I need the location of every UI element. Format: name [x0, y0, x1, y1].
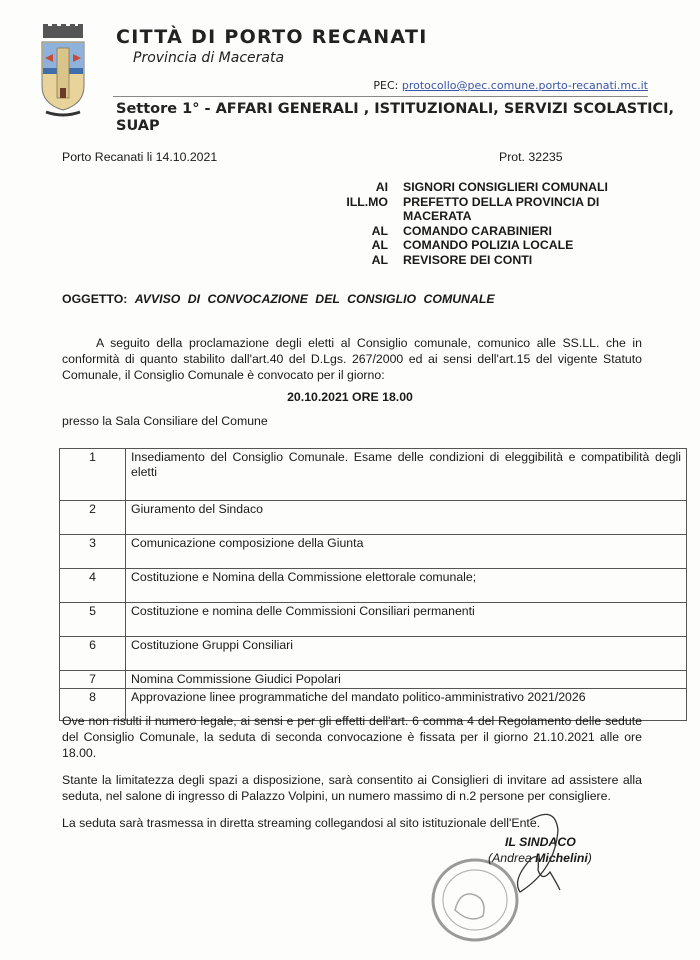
subject-text: AVVISO DI CONVOCAZIONE DEL CONSIGLIO COM…: [135, 292, 495, 306]
agenda-table: 1Insediamento del Consiglio Comunale. Es…: [59, 448, 687, 721]
agenda-row: 1Insediamento del Consiglio Comunale. Es…: [60, 449, 687, 501]
recipient-row: ALCOMANDO CARABINIERI: [330, 224, 623, 239]
recipient-row: ILL.MOPREFETTO DELLA PROVINCIA DI MACERA…: [330, 195, 623, 224]
recipient-prefix: AL: [330, 224, 403, 239]
recipient-row: ALREVISORE DEI CONTI: [330, 253, 623, 268]
handwritten-signature-icon: [500, 810, 590, 900]
recipient-prefix: AI: [330, 180, 403, 195]
meeting-location: presso la Sala Consiliare del Comune: [62, 414, 268, 428]
recipient-name: COMANDO CARABINIERI: [403, 224, 623, 239]
agenda-number: 5: [60, 603, 126, 637]
coat-of-arms-icon: [38, 24, 88, 120]
agenda-item-text: Costituzione Gruppi Consiliari: [126, 637, 687, 671]
agenda-item-text: Costituzione e Nomina della Commissione …: [126, 569, 687, 603]
recipient-name: REVISORE DEI CONTI: [403, 253, 623, 268]
subject-label: OGGETTO:: [62, 292, 127, 306]
agenda-item-text: Nomina Commissione Giudici Popolari: [126, 671, 687, 689]
agenda-item-text: Comunicazione composizione della Giunta: [126, 535, 687, 569]
agenda-item-text: Insediamento del Consiglio Comunale. Esa…: [126, 449, 687, 501]
agenda-row: 3Comunicazione composizione della Giunta: [60, 535, 687, 569]
pec-line: PEC: protocollo@pec.comune.porto-recanat…: [373, 79, 648, 92]
meeting-datetime: 20.10.2021 ORE 18.00: [0, 390, 700, 404]
header-divider: [113, 96, 648, 97]
guests-paragraph: Stante la limitatezza degli spazi a disp…: [62, 772, 642, 804]
recipient-prefix: AL: [330, 238, 403, 253]
protocol-number: Prot. 32235: [499, 150, 563, 164]
second-call-paragraph: Ove non risulti il numero legale, ai sen…: [62, 713, 642, 761]
agenda-row: 2Giuramento del Sindaco: [60, 501, 687, 535]
sector-heading: Settore 1° - AFFARI GENERALI , ISTITUZIO…: [116, 101, 676, 135]
agenda-number: 7: [60, 671, 126, 689]
agenda-number: 2: [60, 501, 126, 535]
recipient-prefix: ILL.MO: [330, 195, 403, 224]
intro-paragraph: A seguito della proclamazione degli elet…: [62, 335, 642, 383]
agenda-number: 3: [60, 535, 126, 569]
agenda-row: 5Costituzione e nomina delle Commissioni…: [60, 603, 687, 637]
recipient-row: ALCOMANDO POLIZIA LOCALE: [330, 238, 623, 253]
recipient-name: SIGNORI CONSIGLIERI COMUNALI: [403, 180, 623, 195]
recipient-name: PREFETTO DELLA PROVINCIA DI MACERATA: [403, 195, 623, 224]
recipient-row: AISIGNORI CONSIGLIERI COMUNALI: [330, 180, 623, 195]
agenda-item-text: Giuramento del Sindaco: [126, 501, 687, 535]
agenda-row: 7Nomina Commissione Giudici Popolari: [60, 671, 687, 689]
province-subtitle: Provincia di Macerata: [133, 50, 284, 66]
pec-email-link[interactable]: protocollo@pec.comune.porto-recanati.mc.…: [402, 79, 648, 92]
subject-line: OGGETTO: AVVISO DI CONVOCAZIONE DEL CONS…: [62, 292, 495, 306]
pec-label: PEC:: [373, 79, 398, 92]
recipients-list: AISIGNORI CONSIGLIERI COMUNALIILL.MOPREF…: [330, 180, 623, 267]
agenda-number: 1: [60, 449, 126, 501]
recipient-name: COMANDO POLIZIA LOCALE: [403, 238, 623, 253]
agenda-row: 6Costituzione Gruppi Consiliari: [60, 637, 687, 671]
place-date: Porto Recanati li 14.10.2021: [62, 150, 217, 164]
agenda-number: 4: [60, 569, 126, 603]
city-title: CITTÀ DI PORTO RECANATI: [116, 26, 428, 48]
agenda-item-text: Costituzione e nomina delle Commissioni …: [126, 603, 687, 637]
agenda-row: 4Costituzione e Nomina della Commissione…: [60, 569, 687, 603]
agenda-number: 6: [60, 637, 126, 671]
recipient-prefix: AL: [330, 253, 403, 268]
